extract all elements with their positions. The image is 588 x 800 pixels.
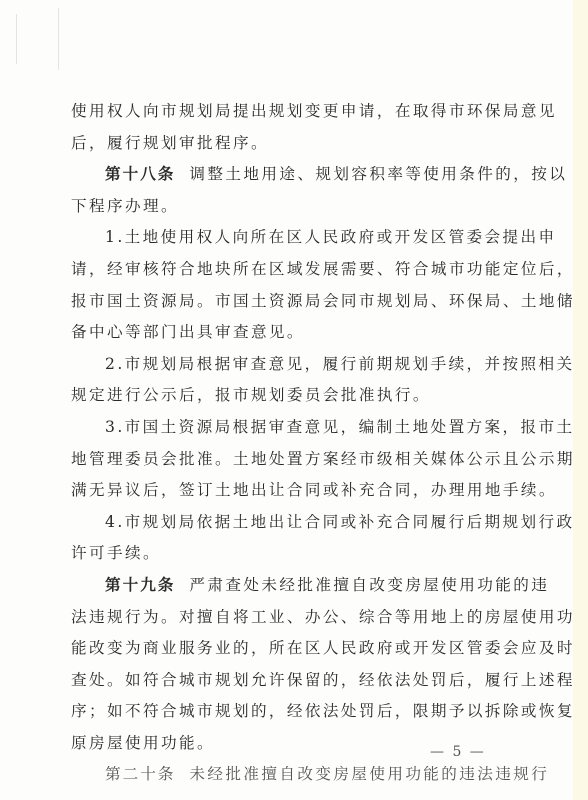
document-body: 使用权人向市规划局提出规划变更申请，在取得市环保局意见 后，履行规划审批程序。 … [71,96,507,791]
text-line: 请，经审核符合地块所在区域发展需要、符合城市功能定位后， [71,254,507,286]
article-text: 调整土地用途、规划容积率等使用条件的，按以 [189,165,567,183]
article-19-heading-line: 第十九条严肃查处未经批准擅自改变房屋使用功能的违 [71,570,507,602]
text-line: 满无异议后，签订土地出让合同或补充合同，办理用地手续。 [71,475,507,507]
scan-edge-mark [58,8,59,70]
scan-edge-strip [573,0,588,800]
scan-edge-mark [16,14,17,64]
article-18-heading-line: 第十八条调整土地用途、规划容积率等使用条件的，按以 [71,159,507,191]
list-item-3: 3.市国土资源局根据审查意见，编制土地处置方案，报市土 [71,412,507,444]
text-line: 许可手续。 [71,538,507,570]
article-number: 第二十条 [105,765,175,783]
article-20-heading-line: 第二十条未经批准擅自改变房屋使用功能的违法违规行 [71,759,507,791]
text-line: 备中心等部门出具审查意见。 [71,317,507,349]
article-number: 第十八条 [105,165,175,183]
text-line: 查处。如符合城市规划允许保留的，经依法处罚后，履行上述程 [71,665,507,697]
document-page: 使用权人向市规划局提出规划变更申请，在取得市环保局意见 后，履行规划审批程序。 … [0,0,573,800]
text-line: 规定进行公示后，报市规划委员会批准执行。 [71,380,507,412]
text-line: 法违规行为。对擅自将工业、办公、综合等用地上的房屋使用功 [71,602,507,634]
text-line: 序；如不符合城市规划的，经依法处罚后，限期予以拆除或恢复 [71,696,507,728]
text-line: 使用权人向市规划局提出规划变更申请，在取得市环保局意见 [71,96,507,128]
page-number: — 5 — [430,744,486,760]
list-item-1: 1.土地使用权人向所在区人民政府或开发区管委会提出申 [71,222,507,254]
text-line: 报市国土资源局。市国土资源局会同市规划局、环保局、土地储 [71,286,507,318]
text-line: 地管理委员会批准。土地处置方案经市级相关媒体公示且公示期 [71,444,507,476]
text-line: 下程序办理。 [71,191,507,223]
article-text: 严肃查处未经批准擅自改变房屋使用功能的违 [189,576,549,594]
article-text: 未经批准擅自改变房屋使用功能的违法违规行 [189,765,549,783]
text-line: 后，履行规划审批程序。 [71,128,507,160]
list-item-2: 2.市规划局根据审查意见，履行前期规划手续，并按照相关 [71,349,507,381]
list-item-4: 4.市规划局依据土地出让合同或补充合同履行后期规划行政 [71,507,507,539]
text-line: 能改变为商业服务业的，所在区人民政府或开发区管委会应及时 [71,633,507,665]
article-number: 第十九条 [105,576,175,594]
